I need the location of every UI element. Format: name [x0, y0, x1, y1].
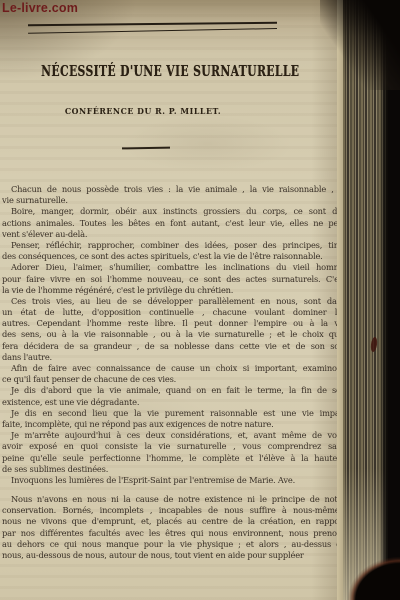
body-text-line: conservation. Bornés, incomplets , incap…	[2, 505, 346, 516]
page-edge-stack	[343, 0, 388, 600]
page-title: NÉCESSITÉ D'UNE VIE SURNATURELLE	[41, 62, 253, 80]
body-text-line: au dehors ce qui nous manque pour la vie…	[2, 539, 346, 550]
body-text-line: un état de lutte, d'opposition continuel…	[2, 307, 346, 318]
body-text-line: nous ne vivons que d'emprunt, et, placés…	[2, 516, 346, 527]
body-text-line: Boire, manger, dormir, obéir aux instinc…	[2, 206, 346, 217]
body-text-line: vent s'élever au-delà.	[2, 229, 346, 240]
top-double-rule-upper	[28, 22, 277, 26]
body-text-line: actions animales. Toutes les bêtes en fo…	[2, 218, 346, 229]
top-double-rule-lower	[28, 28, 277, 34]
body-text-line: existence, est une vie dégradante.	[2, 397, 346, 408]
body-text-line: nous, au-dessous de nous, autour de nous…	[2, 550, 346, 561]
body-text-line: Nous n'avons en nous ni la cause de notr…	[2, 494, 346, 505]
conference-subtitle: CONFÉRENCE DU R. P. MILLET.	[11, 107, 274, 117]
body-text-line: Penser, réfléchir, rapprocher, combiner …	[2, 240, 346, 251]
body-text-line: autres. Cependant l'homme reste libre. I…	[2, 318, 346, 329]
body-text-line: par nos différentes facultés avec les êt…	[2, 528, 346, 539]
scanned-book-photo: Le-livre.com NÉCESSITÉ D'UNE VIE SURNATU…	[0, 0, 400, 600]
body-text-line: Je dis d'abord que la vie animale, quand…	[2, 385, 346, 396]
body-text-line: pour faire vivre en soi l'homme nouveau,…	[2, 274, 346, 285]
body-text-line: des conséquences, ce sont des actes spir…	[2, 251, 346, 262]
body-text-line: fera décidera de sa grandeur , de sa nob…	[2, 341, 346, 352]
body-text-line: Chacun de nous possède trois vies : la v…	[2, 184, 346, 195]
body-text-line: avoir exposé en quoi consiste la vie sur…	[2, 441, 346, 452]
body-text-line: Ces trois vies, au lieu de se développer…	[2, 296, 346, 307]
body-text: Chacun de nous possède trois vies : la v…	[2, 184, 346, 561]
body-text-line: la vie de l'homme régénéré, c'est le pri…	[2, 285, 346, 296]
body-text-line: dans l'autre.	[2, 352, 346, 363]
body-text-line: Je dis en second lieu que la vie puremen…	[2, 408, 346, 419]
body-text-line: Je m'arrête aujourd'hui à ces deux consi…	[2, 430, 346, 441]
body-text-line: Adorer Dieu, l'aimer, s'humilier, combat…	[2, 262, 346, 273]
watermark-text: Le-livre.com	[2, 1, 78, 15]
body-text-line: ce qu'il faut penser de chacune de ces v…	[2, 374, 346, 385]
body-text-line: vie surnaturelle.	[2, 195, 346, 206]
body-text-line: de ses sublimes destinées.	[2, 464, 346, 475]
body-text-line: Afin de faire avec connaissance de cause…	[2, 363, 346, 374]
body-text-line: des sens, ou à la vie raisonnable , ou à…	[2, 329, 346, 340]
body-text-line: peine qu'elle seule perfectionne l'homme…	[2, 453, 346, 464]
book-page: Le-livre.com NÉCESSITÉ D'UNE VIE SURNATU…	[0, 0, 346, 600]
section-divider-rule	[122, 147, 170, 150]
body-text-line: faite, incomplète, qui ne répond pas aux…	[2, 419, 346, 430]
body-text-line: Invoquons les lumières de l'Esprit-Saint…	[2, 475, 346, 486]
